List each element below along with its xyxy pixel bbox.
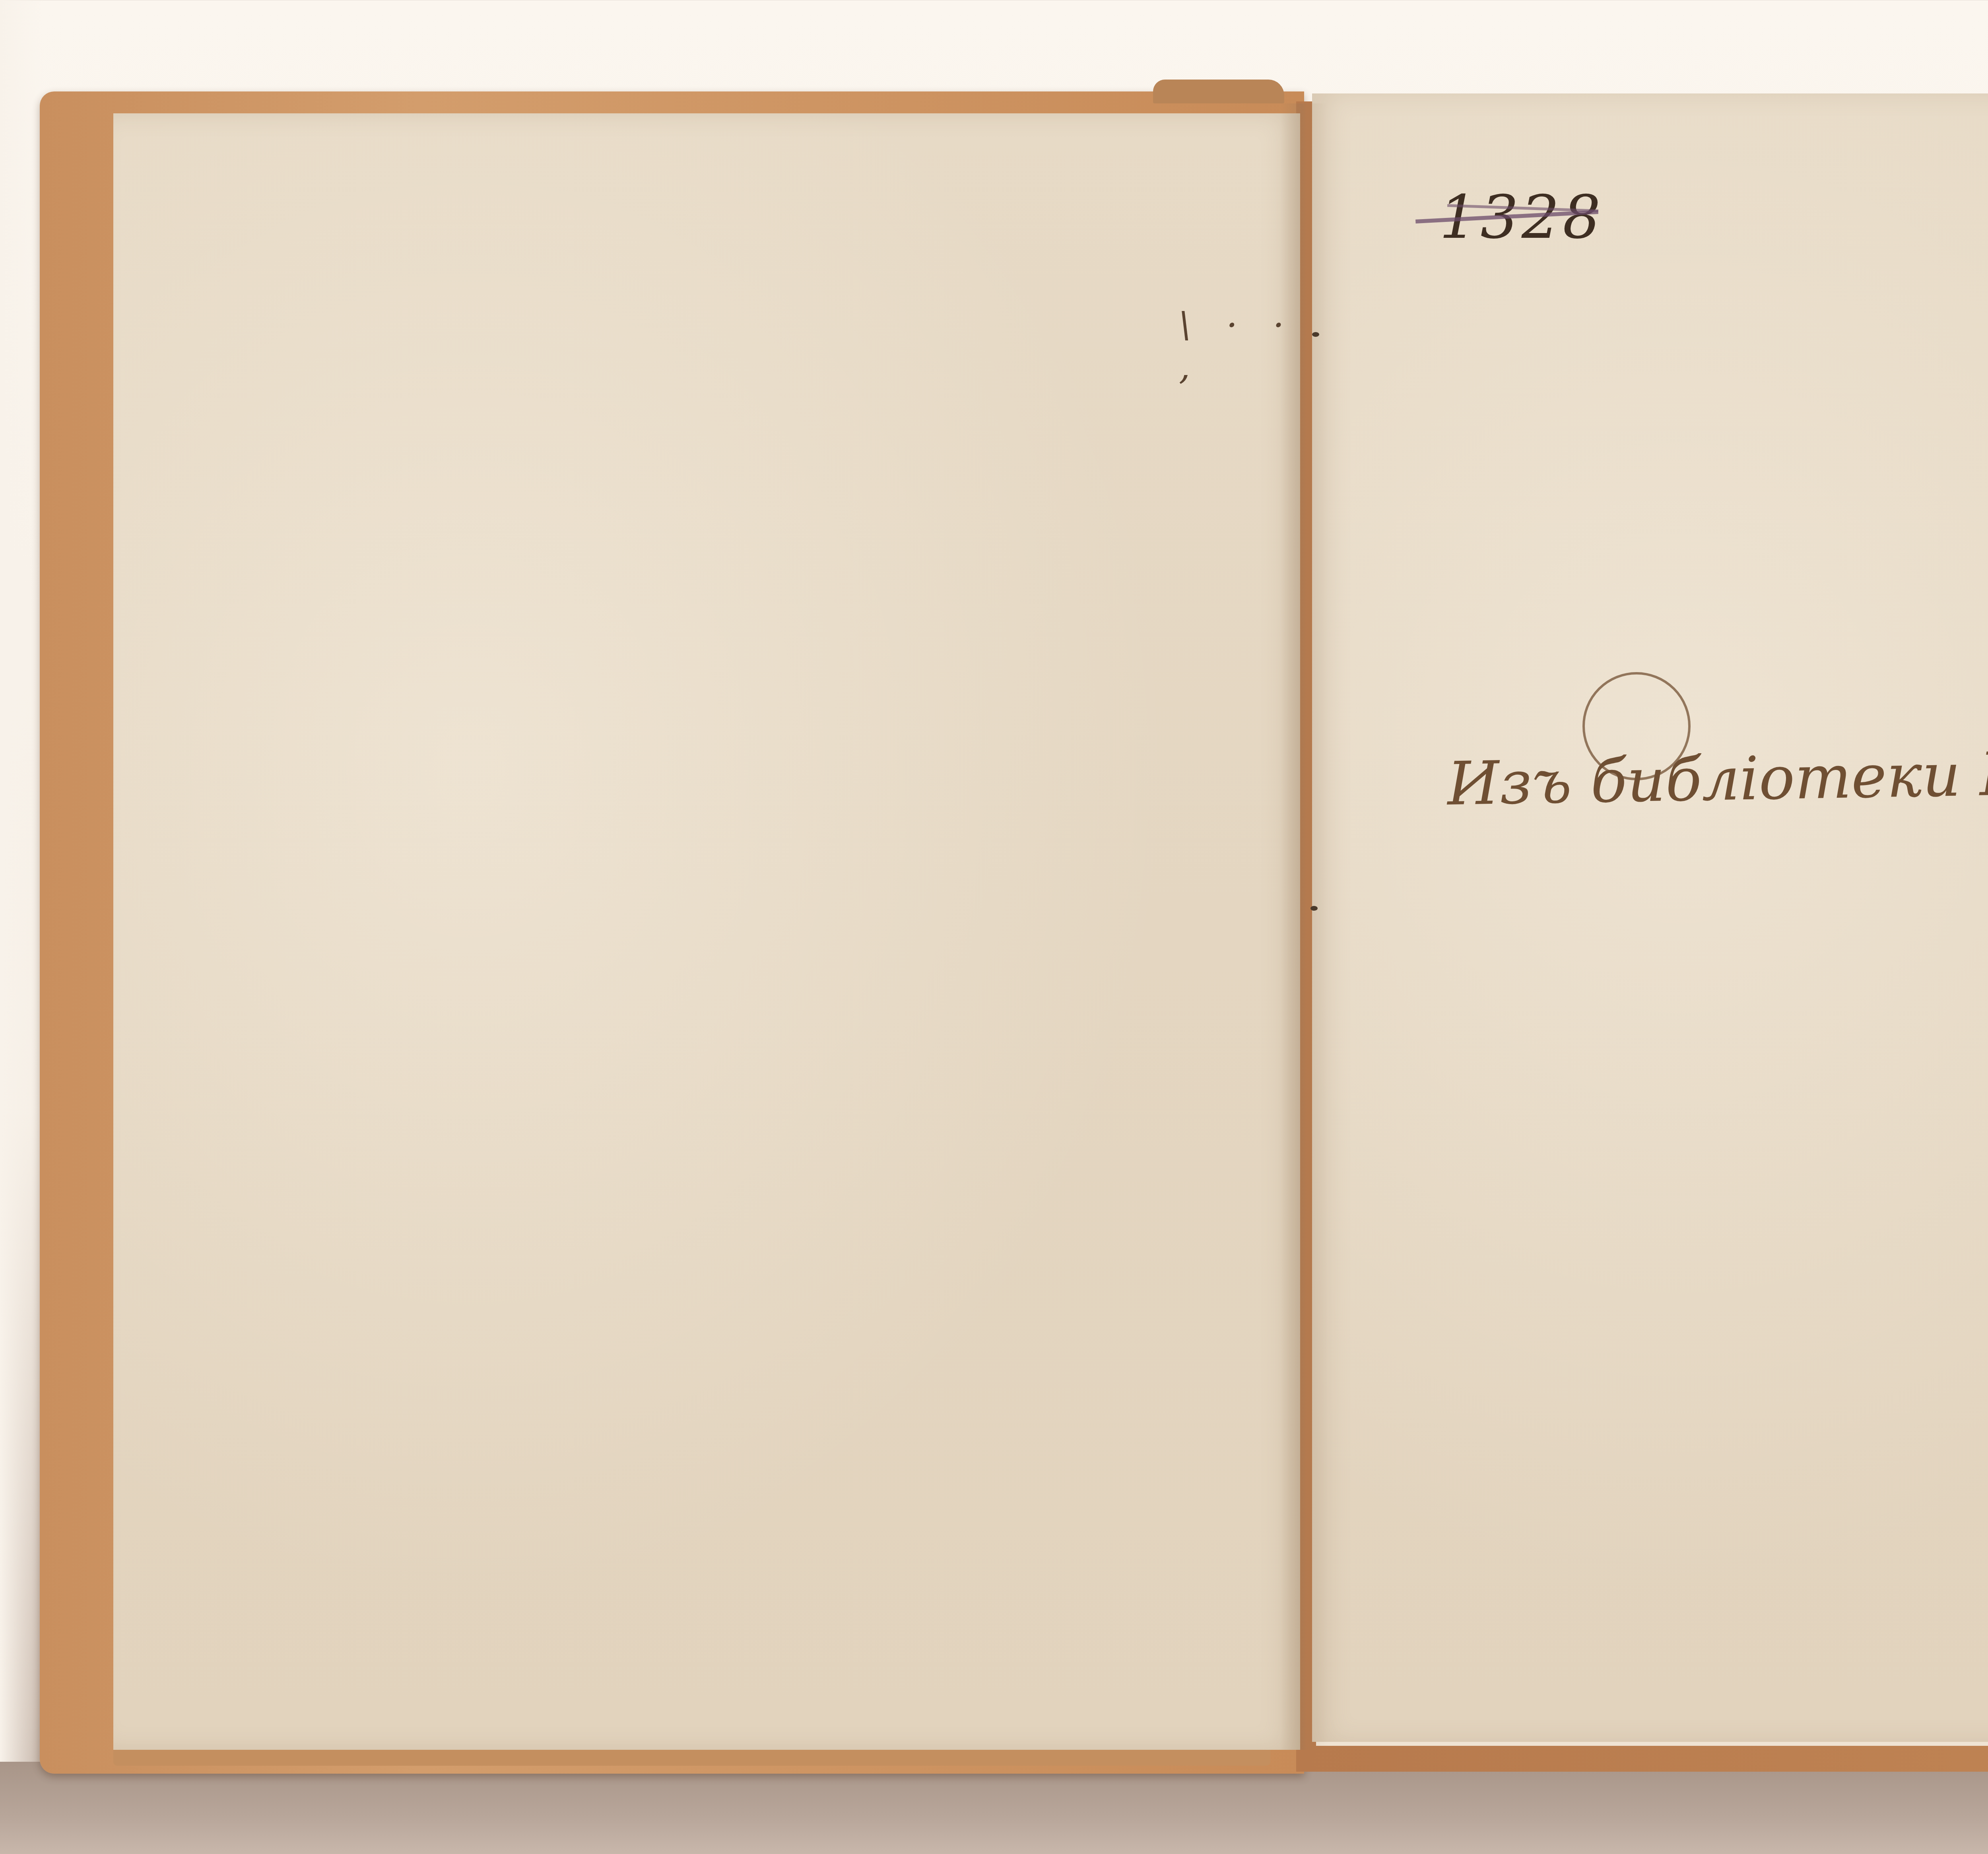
gutter-mark [1310, 906, 1318, 911]
left-endpaper: \ · · , [113, 113, 1300, 1750]
right-endpaper [1312, 93, 1988, 1742]
book-gutter [1280, 103, 1328, 1750]
cover-bottom-edge [113, 1750, 1270, 1766]
gutter-mark [1312, 332, 1319, 337]
floor-shadow [0, 1762, 1988, 1854]
headcap-left [1153, 80, 1284, 103]
background-left-light [0, 0, 44, 1854]
